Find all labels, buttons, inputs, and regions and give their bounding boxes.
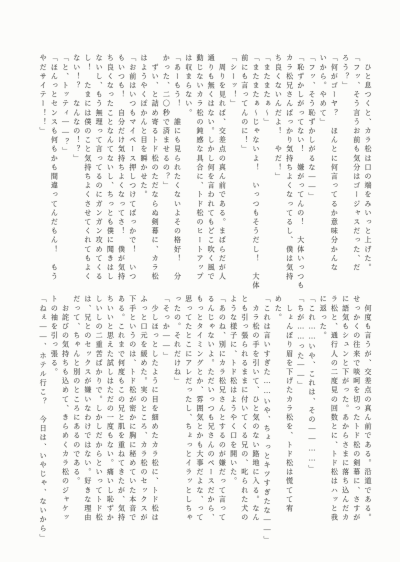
text-column: ある。これまで何度もこの兄と肌を重ねてきたが、気持 bbox=[115, 295, 126, 521]
text-column: 「恥ずかしがってない！ 嫌がってんの！ 大体いっつも bbox=[295, 54, 306, 280]
text-column: ったの。それだけね」 bbox=[171, 295, 182, 521]
text-column: 「シーッ！」 bbox=[227, 54, 238, 280]
text-column: 何度も言うが、交差点の真ん前である。沿道である。 bbox=[362, 295, 373, 521]
text-column: とも引っ張られるままに付いてくる兄の、叱られた犬の bbox=[239, 295, 250, 521]
text-column: ち良くなったことなんてないし、ちっとも僕に聞きはし bbox=[104, 54, 115, 280]
top-text-block: ひと息つくと、カラ松は口の端をみいっと上げた。「フッ、そう言うお前も気分はゴージ… bbox=[37, 54, 373, 280]
text-column: 「お前はいつもマイペース押しつけてばっかで！ いつ bbox=[127, 54, 138, 280]
text-column: 「またまたぁ～じゃないよ！ いっつもそうだし！ 大体 bbox=[250, 54, 261, 280]
text-column: ような様子に、トド松はようやく口を開いた。 bbox=[227, 295, 238, 521]
text-column: やだサイテー！！」 bbox=[37, 54, 48, 280]
text-column: トの袖を引っ張る。 bbox=[48, 295, 59, 521]
text-column: 「そっか――」 bbox=[160, 295, 171, 521]
text-column: ふっと口元を緩めた。実のところ、カラ松のセックスが bbox=[138, 295, 149, 521]
text-column: カラ松の手を引いて、ひと気のない路地に入る。なん bbox=[250, 295, 261, 521]
text-column: 「これは言いすぎた……いや、ちょっとキツすぎたな――」 bbox=[261, 295, 272, 521]
text-column: ろう？」 bbox=[339, 54, 350, 280]
text-column: しょんぼり眉を下げたカラ松を、トド松は慌てて宥 bbox=[283, 295, 294, 521]
text-column: ない！？ なんなの！？」 bbox=[71, 54, 82, 280]
text-column: 「と、トッティ――？」 bbox=[59, 54, 70, 280]
text-column: に返った。 bbox=[317, 295, 328, 521]
text-column: は、兄とのセックスが嫌いなわけではない。好きな理由 bbox=[82, 295, 93, 521]
text-column: 少しほっとしたように目を細めたカラ松に、トド松は bbox=[149, 295, 160, 521]
text-column: 前にも言ってんのに！」 bbox=[239, 54, 250, 280]
text-column: 通りも無くはない。しかし何を言われてもどこ吹く風で bbox=[205, 54, 216, 280]
text-column: 「これ……いや、これは、その――……」 bbox=[306, 295, 317, 521]
text-column: 動じないカラ松の鈍感な具合に、トド松のヒートアップ bbox=[194, 54, 205, 280]
text-column: はようやくぽかんと目を瞬かせた。 bbox=[138, 54, 149, 280]
text-column: 周りを見れば、交差点の真ん前である。まばらだが人 bbox=[216, 54, 227, 280]
text-column: いから。やめて」 bbox=[317, 54, 328, 280]
text-column: ずい、と詰め寄るトド松のただならぬ剣幕に、カラ松 bbox=[149, 54, 160, 280]
text-column: ち良くないんだよ！ やだ！」 bbox=[272, 54, 283, 280]
scanned-novel-page: ひと息つくと、カラ松は口の端をみいっと上げた。「フッ、そう言うお前も気分はゴージ… bbox=[0, 0, 400, 562]
text-column: もいつも！ 自分だけ気持ちよくなってさ！ 僕が気持 bbox=[115, 54, 126, 280]
text-column: カラ松兄さんばっかり気持ちよくなってるし、僕は気持 bbox=[283, 54, 294, 280]
text-column: 思ってたとこにアレだったし、ちょっとイラッとしちゃ bbox=[183, 295, 194, 521]
text-column: に語気もシュンと下がった。あからさまに落ち込んだカ bbox=[339, 295, 350, 521]
text-column: お詫びの気持ちも込めて、きらめくカラ松のジャケッ bbox=[59, 295, 70, 521]
text-column: 「ちが……った――」 bbox=[295, 295, 306, 521]
text-column: ひと息つくと、カラ松は口の端をみいっと上げた。 bbox=[362, 54, 373, 280]
text-column: 「フッ、そう言うお前も気分はゴージャスだった、だ bbox=[351, 54, 362, 280]
text-column: だって、ちゃんと別のところにあるのである。 bbox=[71, 295, 82, 521]
text-column: 「ほんっとセンスも何もかも間違ってんだもん！ もう bbox=[48, 54, 59, 280]
text-column: 「あのね、別にカラ松兄さんとするのが嫌だって言って bbox=[216, 295, 227, 521]
text-column: は収まらない。 bbox=[183, 54, 194, 280]
text-column: 「ねぇ――、ホテル行こ？ 今日は、いやじゃ、ないから」 bbox=[37, 295, 48, 521]
text-column: るんじゃないよ。ただいっつも兄さんのペースだから、 bbox=[205, 295, 216, 521]
text-column: せっかくの往来で啖呵を切ったトド松の剣幕に、さすが bbox=[351, 295, 362, 521]
text-column: 下手というのは、トド松が密かに胸に秘めていた本音で bbox=[127, 295, 138, 521]
text-column: しいしの二重苦ばかりで。しかしだからといってトド松 bbox=[93, 295, 104, 521]
text-column: 「あーもう！ 誰にも見られたくないよその格好！ 分 bbox=[171, 54, 182, 280]
text-column: 「フッ、そう恥ずかしがるな――」 bbox=[306, 54, 317, 280]
text-column: 「何がゴーヤ？ ほんとに何言ってるか意味分かんな bbox=[328, 54, 339, 280]
text-column: ラ松と、通行人の二度見の回数とに、トド松はハッと我 bbox=[328, 295, 339, 521]
text-column: し！ たまには僕のこと気持ちよくさせてくれてもよく bbox=[82, 54, 93, 280]
text-column: めた。 bbox=[272, 295, 283, 521]
text-column: 「またまたぁ～」 bbox=[261, 54, 272, 280]
text-column: ちいいと思えた試しはただの一度もない。痛いし恥ずか bbox=[104, 295, 115, 521]
text-column: かった、二〇秒で済ませるの？」 bbox=[160, 54, 171, 280]
text-column: ないし、もう無理って言ってるのにガンガン攻めてくる bbox=[93, 54, 104, 280]
bottom-text-block: 何度も言うが、交差点の真ん前である。沿道である。せっかくの往来で啖呵を切ったトド… bbox=[37, 295, 373, 521]
text-column: もっとタイミングとか、雰囲気とかも大事だよな、って bbox=[194, 295, 205, 521]
